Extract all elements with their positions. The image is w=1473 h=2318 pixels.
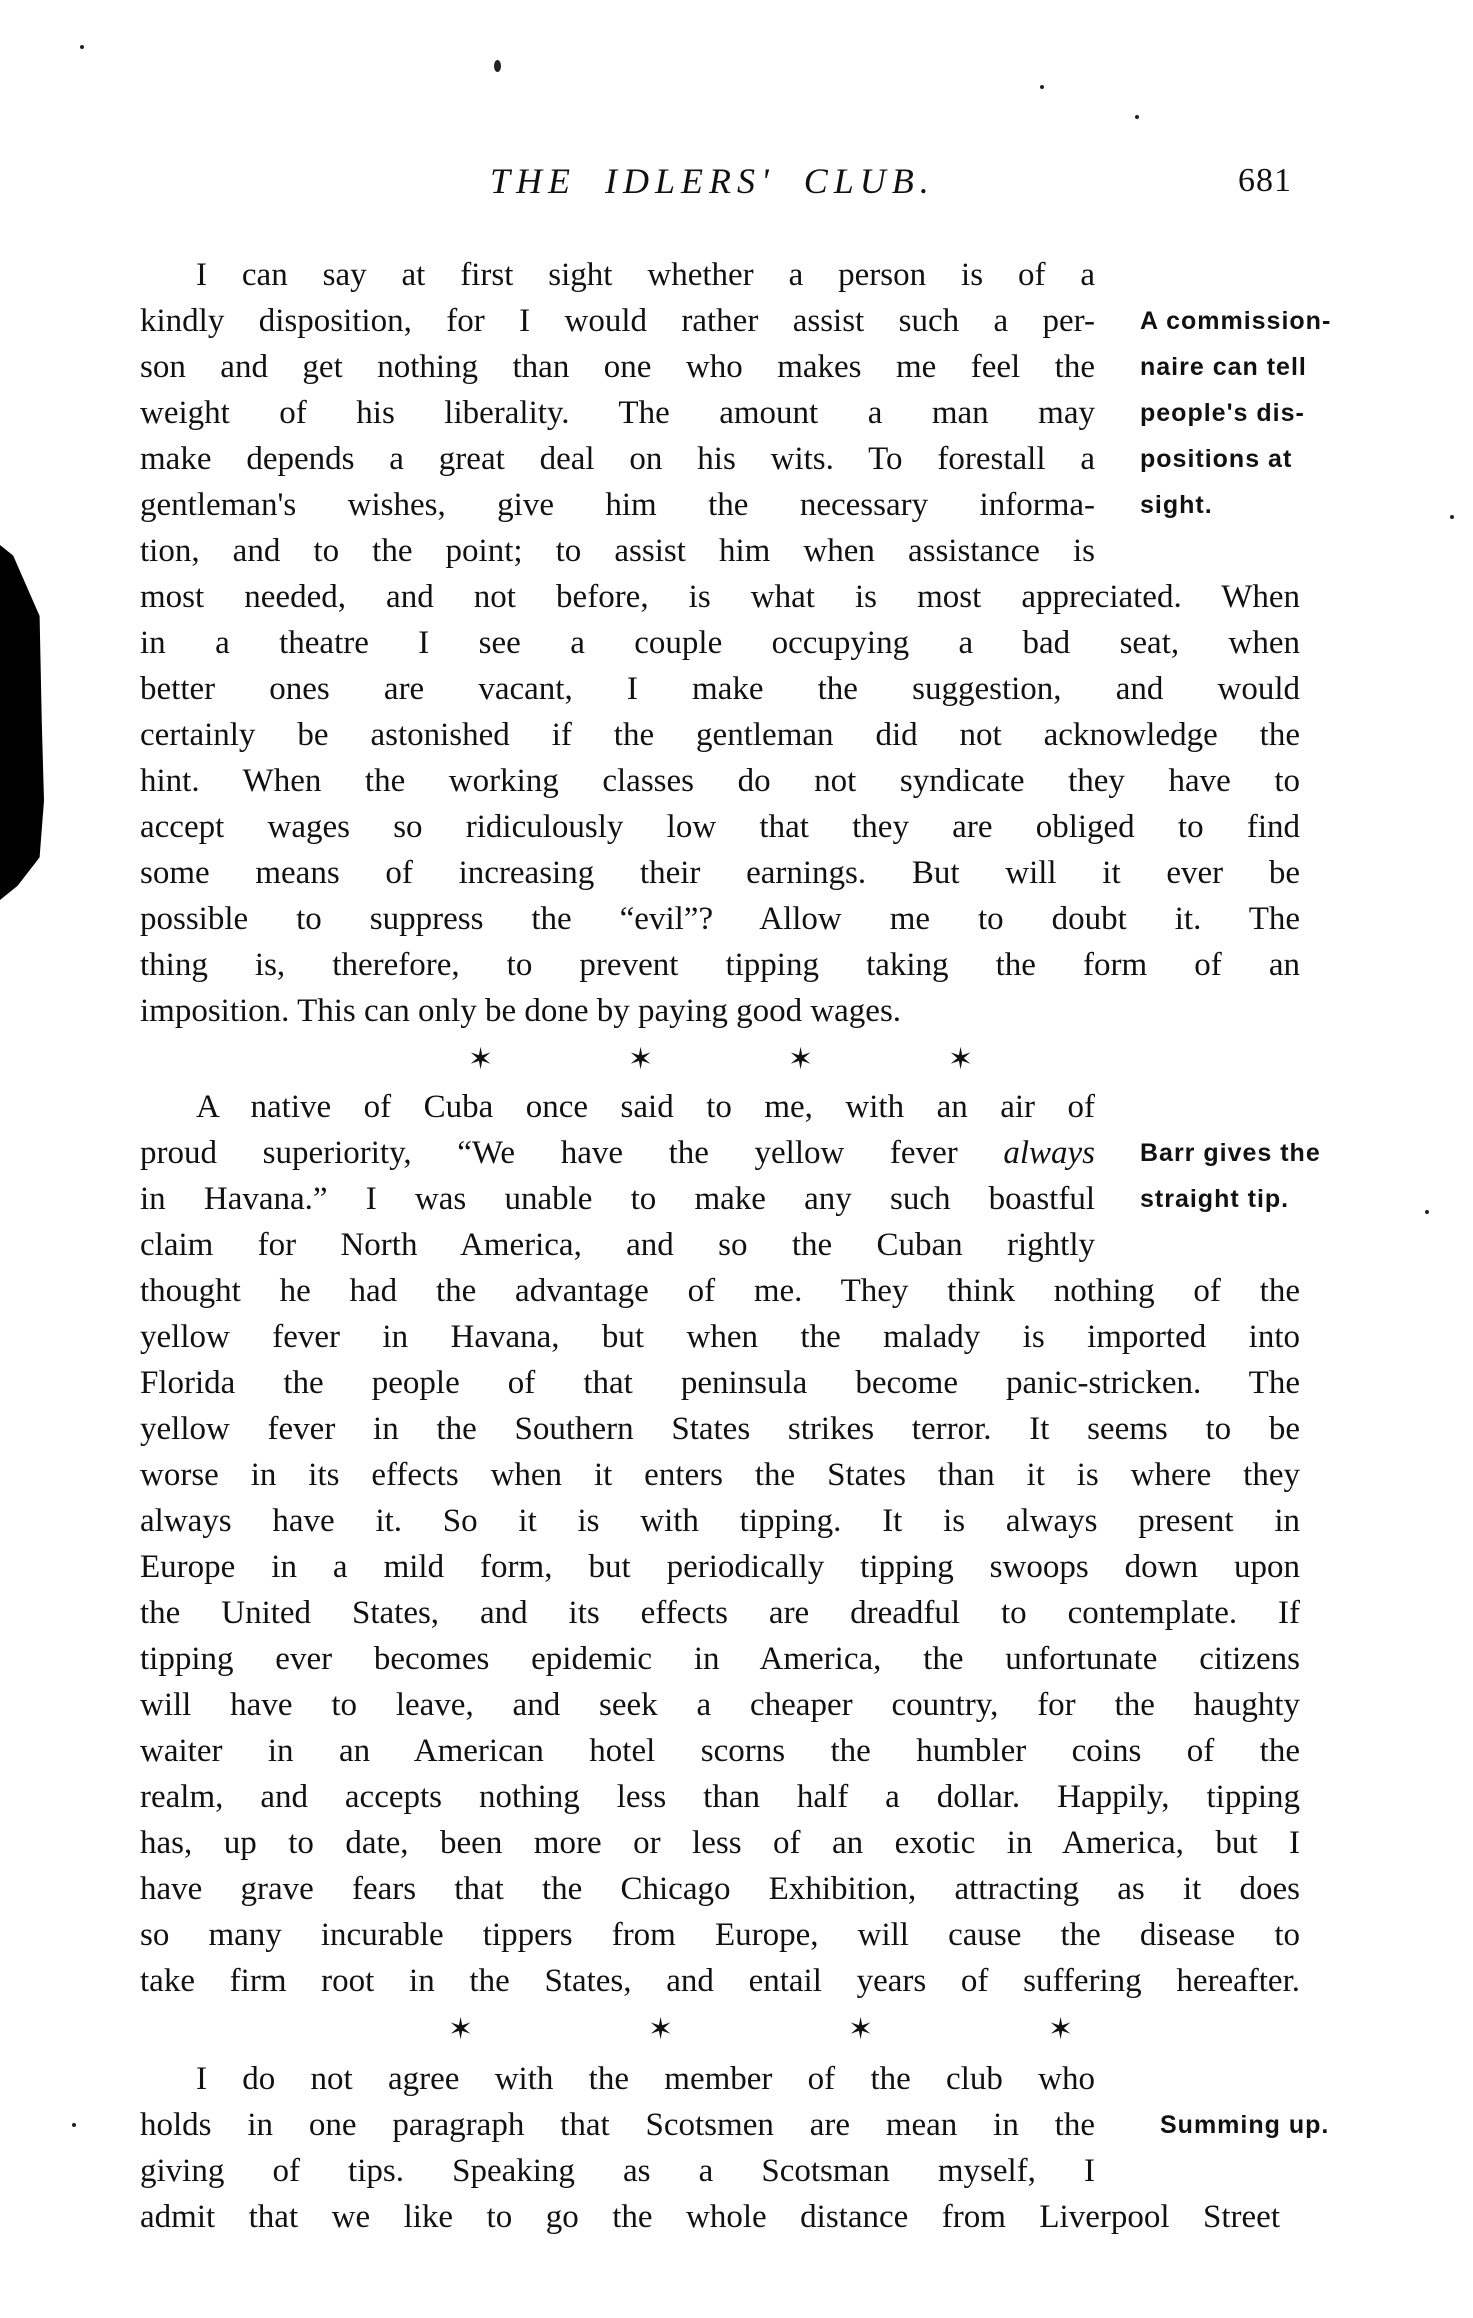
scan-speck <box>80 45 84 49</box>
page-number: 681 <box>1238 162 1292 200</box>
text-line: thing is, therefore, to prevent tipping … <box>140 942 1300 988</box>
text-span: proud superiority, “We have the yellow f… <box>140 1135 958 1171</box>
italic-emphasis: always <box>1003 1135 1095 1171</box>
text-line: yellow fever in Havana, but when the mal… <box>140 1314 1300 1360</box>
asterism-star-icon: ✶ <box>628 1040 653 1080</box>
asterism-star-icon: ✶ <box>448 2010 473 2050</box>
asterism-star-icon: ✶ <box>468 1040 493 1080</box>
section-break: ✶ ✶ ✶ ✶ <box>0 1040 1473 1080</box>
text-line: Europe in a mild form, but periodically … <box>140 1544 1300 1590</box>
asterism-star-icon: ✶ <box>648 2010 673 2050</box>
text-line: accept wages so ridiculously low that th… <box>140 804 1300 850</box>
asterism-star-icon: ✶ <box>948 1040 973 1080</box>
asterism-star-icon: ✶ <box>848 2010 873 2050</box>
margin-note-line: straight tip. <box>1140 1176 1289 1222</box>
text-line: most needed, and not before, is what is … <box>140 574 1300 620</box>
scan-speck <box>1450 515 1454 519</box>
scan-speck <box>1040 85 1044 89</box>
text-line: I do not agree with the member of the cl… <box>140 2056 1095 2102</box>
text-line: giving of tips. Speaking as a Scotsman m… <box>140 2148 1095 2194</box>
text-line: have grave fears that the Chicago Exhibi… <box>140 1866 1300 1912</box>
text-line: worse in its effects when it enters the … <box>140 1452 1300 1498</box>
margin-note-line: A commission- <box>1140 298 1331 344</box>
text-line: I can say at first sight whether a perso… <box>140 252 1095 298</box>
text-line: take firm root in the States, and entail… <box>140 1958 1300 2004</box>
text-line: tion, and to the point; to assist him wh… <box>140 528 1095 574</box>
text-line: Florida the people of that peninsula bec… <box>140 1360 1300 1406</box>
text-line: gentleman's wishes, give him the necessa… <box>140 482 1095 528</box>
text-line: weight of his liberality. The amount a m… <box>140 390 1095 436</box>
text-line: always have it. So it is with tipping. I… <box>140 1498 1300 1544</box>
scan-speck <box>72 2123 76 2127</box>
scan-speck <box>494 60 501 72</box>
text-line: hint. When the working classes do not sy… <box>140 758 1300 804</box>
text-line: possible to suppress the “evil”? Allow m… <box>140 896 1300 942</box>
text-line: some means of increasing their earnings.… <box>140 850 1300 896</box>
section-break: ✶ ✶ ✶ ✶ <box>0 2010 1473 2050</box>
margin-note-line: Barr gives the <box>1140 1130 1321 1176</box>
text-line: better ones are vacant, I make the sugge… <box>140 666 1300 712</box>
text-line: waiter in an American hotel scorns the h… <box>140 1728 1300 1774</box>
text-line: proud superiority, “We have the yellow f… <box>140 1130 1095 1176</box>
text-line: yellow fever in the Southern States stri… <box>140 1406 1300 1452</box>
text-line: imposition. This can only be done by pay… <box>140 988 1280 1034</box>
text-line: in Havana.” I was unable to make any suc… <box>140 1176 1095 1222</box>
margin-note-line: people's dis- <box>1140 390 1305 436</box>
text-line: kindly disposition, for I would rather a… <box>140 298 1095 344</box>
text-line: has, up to date, been more or less of an… <box>140 1820 1300 1866</box>
text-line: make depends a great deal on his wits. T… <box>140 436 1095 482</box>
asterism-star-icon: ✶ <box>1048 2010 1073 2050</box>
text-line: realm, and accepts nothing less than hal… <box>140 1774 1300 1820</box>
text-line: so many incurable tippers from Europe, w… <box>140 1912 1300 1958</box>
text-line: will have to leave, and seek a cheaper c… <box>140 1682 1300 1728</box>
scanned-book-page: THE IDLERS' CLUB. 681 I can say at first… <box>0 0 1473 2318</box>
text-line: A native of Cuba once said to me, with a… <box>140 1084 1095 1130</box>
margin-note-line: naire can tell <box>1140 344 1307 390</box>
text-line: certainly be astonished if the gentleman… <box>140 712 1300 758</box>
text-line: holds in one paragraph that Scotsmen are… <box>140 2102 1095 2148</box>
text-line: tipping ever becomes epidemic in America… <box>140 1636 1300 1682</box>
text-line: in a theatre I see a couple occupying a … <box>140 620 1300 666</box>
text-line: thought he had the advantage of me. They… <box>140 1268 1300 1314</box>
text-line: son and get nothing than one who makes m… <box>140 344 1095 390</box>
text-line: admit that we like to go the whole dista… <box>140 2194 1280 2240</box>
running-head-title: THE IDLERS' CLUB. <box>490 160 935 202</box>
asterism-star-icon: ✶ <box>788 1040 813 1080</box>
margin-note-line: Summing up. <box>1160 2102 1329 2148</box>
scan-speck <box>1425 1210 1429 1214</box>
scan-edge-shadow <box>0 545 44 900</box>
text-line: claim for North America, and so the Cuba… <box>140 1222 1095 1268</box>
margin-note-line: positions at <box>1140 436 1292 482</box>
scan-speck <box>1135 115 1139 119</box>
text-line: the United States, and its effects are d… <box>140 1590 1300 1636</box>
margin-note-line: sight. <box>1140 482 1213 528</box>
